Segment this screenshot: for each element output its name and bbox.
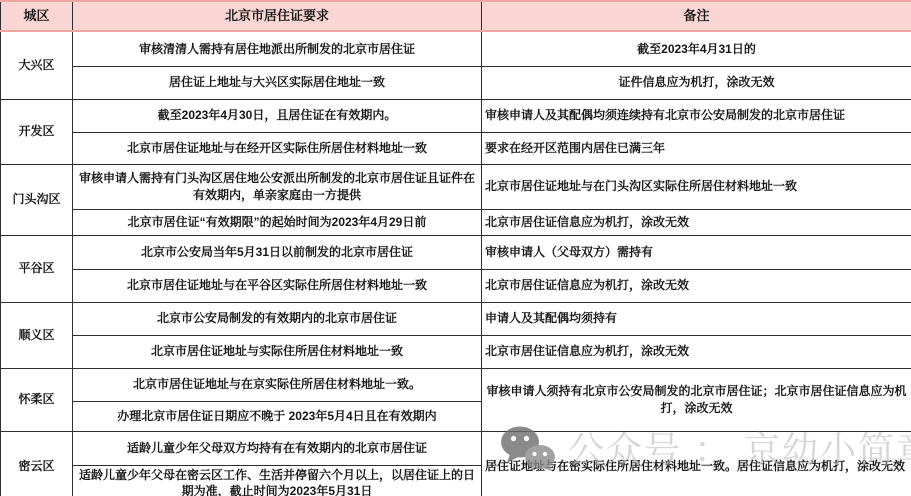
note-cell: 审核申请人及其配偶均须连续持有北京市公安局制发的北京市居住证: [482, 99, 911, 132]
requirement-cell: 审核申请人需持有门头沟区居住地公安派出所制发的北京市居住证且证件在有效期内，单亲…: [73, 164, 482, 209]
district-cell: 平谷区: [1, 235, 73, 302]
district-cell: 门头沟区: [1, 164, 73, 235]
note-cell: 要求在经开区范围内居住已满三年: [482, 132, 911, 164]
table-row: 北京市居住证地址与在经开区实际住所居住材料地址一致要求在经开区范围内居住已满三年: [1, 132, 911, 164]
table-row: 大兴区审核清清人需持有居住地派出所制发的北京市居住证截至2023年4月31日的: [1, 31, 911, 66]
requirement-cell: 办理北京市居住证日期应不晚于 2023年5月4日且在有效期内: [73, 401, 482, 431]
requirement-cell: 适龄儿童少年父母双方均持有在有效期内的北京市居住证: [73, 431, 482, 465]
header-requirement: 北京市居住证要求: [73, 1, 482, 31]
note-cell: 北京市居住证信息应为机打，涂改无效: [482, 269, 911, 302]
header-note: 备注: [482, 1, 911, 31]
requirement-cell: 北京市居住证地址与在平谷区实际住所居住材料地址一致: [73, 269, 482, 302]
note-cell: 北京市居住证地址与在门头沟区实际住所居住材料地址一致: [482, 164, 911, 209]
table-row: 门头沟区审核申请人需持有门头沟区居住地公安派出所制发的北京市居住证且证件在有效期…: [1, 164, 911, 209]
note-cell: 证件信息应为机打，涂改无效: [482, 66, 911, 99]
page: 城区 北京市居住证要求 备注 大兴区审核清清人需持有居住地派出所制发的北京市居住…: [0, 0, 911, 496]
requirement-cell: 适龄儿童少年父母在密云区工作、生活并停留六个月以上，以居住证上的日期为准，截止时…: [73, 465, 482, 496]
note-cell: 申请人及其配偶均须持有: [482, 302, 911, 335]
requirement-cell: 北京市居住证地址与实际住所居住材料地址一致: [73, 335, 482, 368]
table-row: 平谷区北京市公安局当年5月31日以前制发的北京市居住证审核申请人（父母双方）需持…: [1, 235, 911, 269]
table-body: 大兴区审核清清人需持有居住地派出所制发的北京市居住证截至2023年4月31日的居…: [1, 31, 911, 496]
district-cell: 密云区: [1, 431, 73, 496]
district-cell: 顺义区: [1, 302, 73, 368]
note-cell: 北京市居住证信息应为机打，涂改无效: [482, 209, 911, 235]
table-row: 顺义区北京市公安局制发的有效期内的北京市居住证申请人及其配偶均须持有: [1, 302, 911, 335]
table-row: 开发区截至2023年4月30日，且居住证在有效期内。审核申请人及其配偶均须连续持…: [1, 99, 911, 132]
header-district: 城区: [1, 1, 73, 31]
note-cell: 北京市居住证信息应为机打，涂改无效: [482, 335, 911, 368]
residence-permit-table: 城区 北京市居住证要求 备注 大兴区审核清清人需持有居住地派出所制发的北京市居住…: [0, 0, 911, 496]
note-cell: 审核申请人须持有北京市公安局制发的北京市居住证；北京市居住证信息应为机打，涂改无…: [482, 368, 911, 431]
requirement-cell: 北京市居住证“有效期限”的起始时间为2023年4月29日前: [73, 209, 482, 235]
table-row: 北京市居住证地址与实际住所居住材料地址一致北京市居住证信息应为机打，涂改无效: [1, 335, 911, 368]
table-header: 城区 北京市居住证要求 备注: [1, 1, 911, 31]
requirement-cell: 截至2023年4月30日，且居住证在有效期内。: [73, 99, 482, 132]
requirement-cell: 北京市居住证地址与在京实际住所居住材料地址一致。: [73, 368, 482, 401]
table-row: 北京市居住证“有效期限”的起始时间为2023年4月29日前北京市居住证信息应为机…: [1, 209, 911, 235]
table-row: 北京市居住证地址与在平谷区实际住所居住材料地址一致北京市居住证信息应为机打，涂改…: [1, 269, 911, 302]
table-row: 密云区适龄儿童少年父母双方均持有在有效期内的北京市居住证居住证地址与在密实际住所…: [1, 431, 911, 465]
district-cell: 怀柔区: [1, 368, 73, 431]
requirement-cell: 北京市公安局当年5月31日以前制发的北京市居住证: [73, 235, 482, 269]
requirement-cell: 审核清清人需持有居住地派出所制发的北京市居住证: [73, 31, 482, 66]
district-cell: 开发区: [1, 99, 73, 164]
table-row: 怀柔区北京市居住证地址与在京实际住所居住材料地址一致。审核申请人须持有北京市公安…: [1, 368, 911, 401]
requirement-cell: 北京市居住证地址与在经开区实际住所居住材料地址一致: [73, 132, 482, 164]
requirement-cell: 居住证上地址与大兴区实际居住地址一致: [73, 66, 482, 99]
table-row: 居住证上地址与大兴区实际居住地址一致证件信息应为机打，涂改无效: [1, 66, 911, 99]
note-cell: 居住证地址与在密实际住所居住材料地址一致。居住证信息应为机打，涂改无效: [482, 431, 911, 496]
note-cell: 审核申请人（父母双方）需持有: [482, 235, 911, 269]
header-row: 城区 北京市居住证要求 备注: [1, 1, 911, 31]
requirement-cell: 北京市公安局制发的有效期内的北京市居住证: [73, 302, 482, 335]
note-cell: 截至2023年4月31日的: [482, 31, 911, 66]
district-cell: 大兴区: [1, 31, 73, 99]
